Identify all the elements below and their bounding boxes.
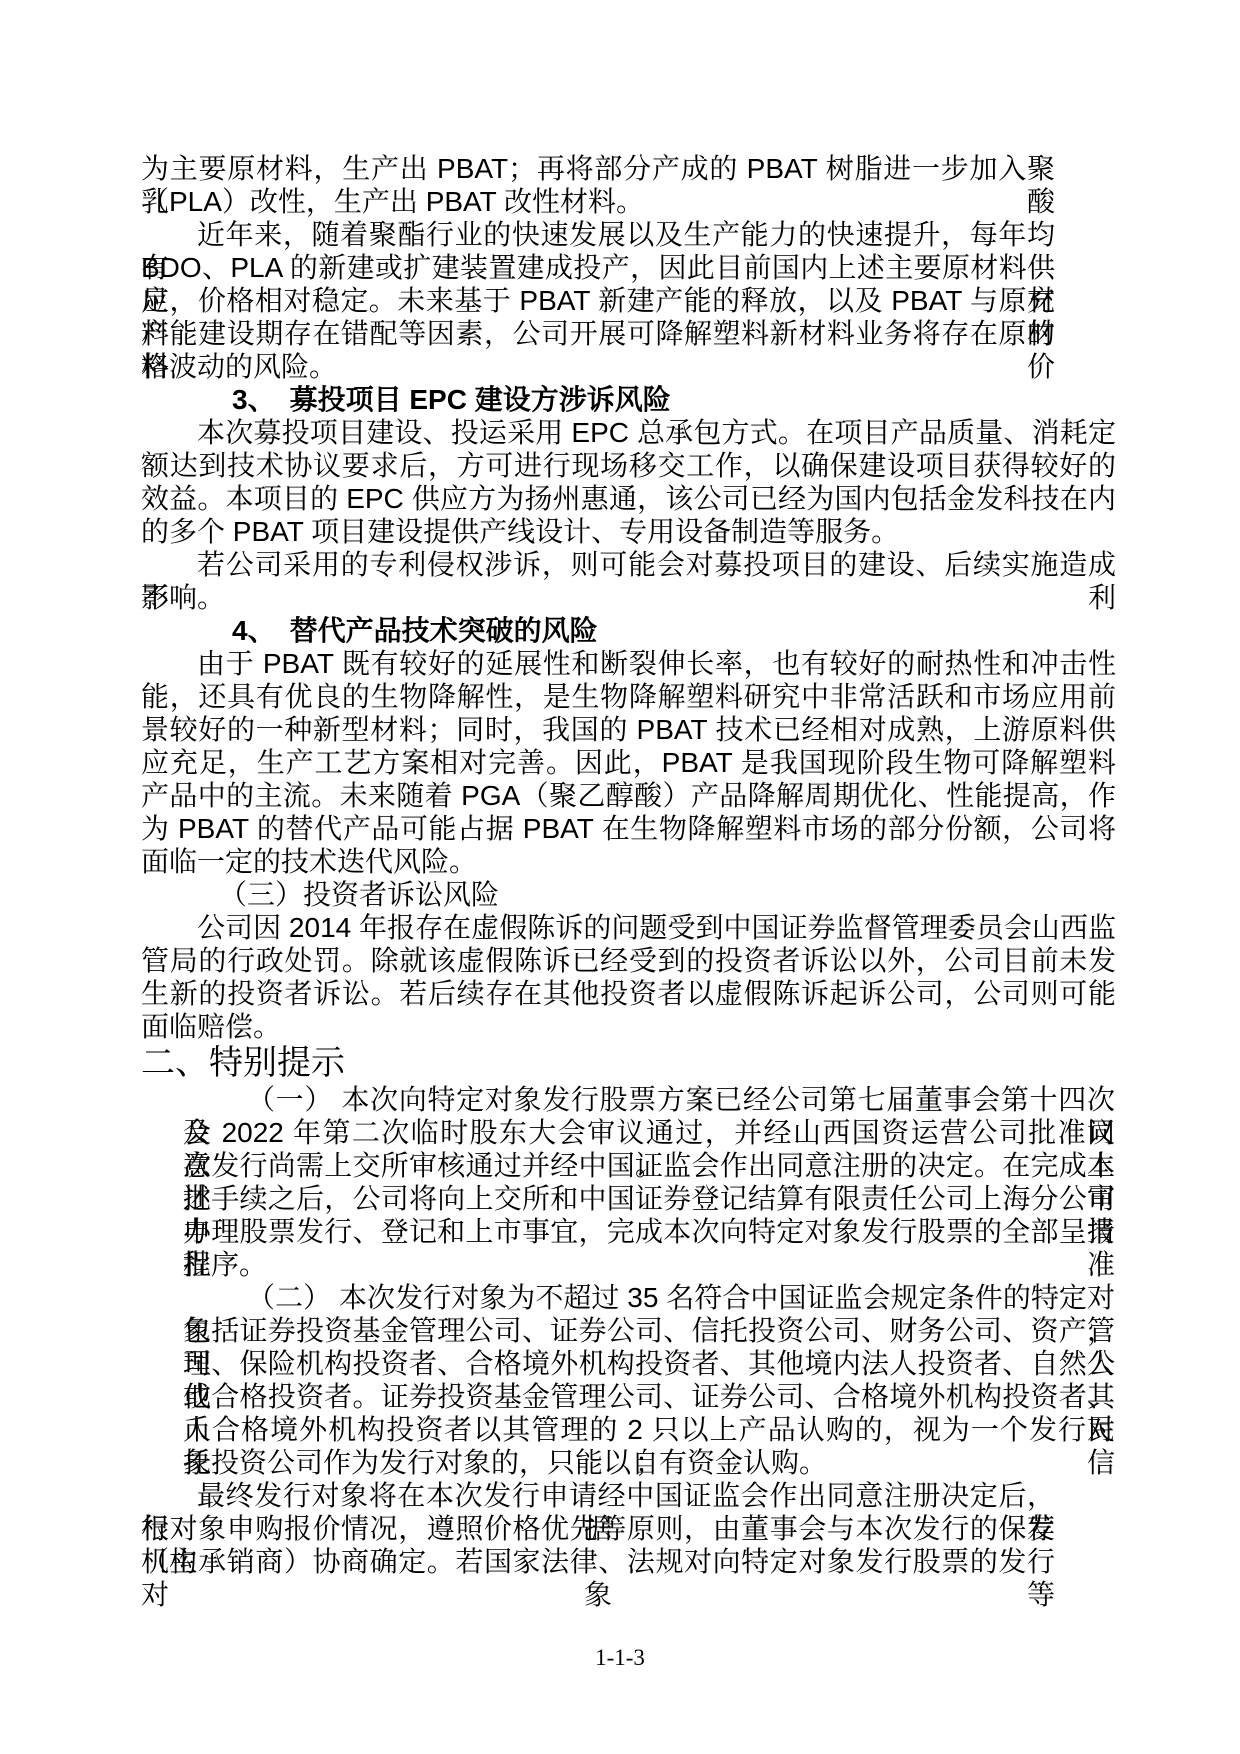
risk-heading: 4、 替代产品技术突破的风险	[141, 614, 1116, 647]
text-line: 额达到技术协议要求后，方可进行现场移交工作，以确保建设项目获得较好的	[141, 449, 1116, 482]
text-line: 包括证券投资基金管理公司、证券公司、信托投资公司、财务公司、资产管理公	[183, 1314, 1115, 1347]
text-line: BDO、PLA 的新建或扩建装置建成投产，因此目前国内上述主要原材料供应充	[141, 251, 1055, 284]
text-line: 为主要原材料，生产出 PBAT；再将部分产成的 PBAT 树脂进一步加入聚乳酸	[141, 152, 1055, 185]
text-line: 由于 PBAT 既有较好的延展性和断裂伸长率，也有较好的耐热性和冲击性	[141, 647, 1116, 680]
text-line: 近年来，随着聚酯行业的快速发展以及生产能力的快速提升，每年均有	[141, 218, 1055, 251]
text-line: 效益。本项目的 EPC 供应方为扬州惠通，该公司已经为国内包括金发科技在内	[141, 482, 1116, 515]
text-line: 本次募投项目建设、投运采用 EPC 总承包方式。在项目产品质量、消耗定	[141, 416, 1116, 449]
text-line: 他合格投资者。证券投资基金管理公司、证券公司、合格境外机构投资者、人民	[183, 1380, 1115, 1413]
text-line: 产能建设期存在错配等因素，公司开展可降解塑料新材料业务将存在原材料价	[141, 317, 1055, 350]
text-line: 办理股票发行、登记和上市事宜，完成本次向特定对象发行股票的全部呈报批准	[183, 1215, 1115, 1248]
document-page: 为主要原材料，生产出 PBAT；再将部分产成的 PBAT 树脂进一步加入聚乳酸（…	[0, 0, 1240, 1754]
text-line: 能，还具有优良的生物降解性，是生物降解塑料研究中非常活跃和市场应用前	[141, 680, 1116, 713]
text-line: 的多个 PBAT 项目建设提供产线设计、专用设备制造等服务。	[141, 515, 1116, 548]
text-line: （一） 本次向特定对象发行股票方案已经公司第七届董事会第十四次会议	[183, 1083, 1115, 1116]
sub-heading: （三）投资者诉讼风险	[141, 878, 1116, 911]
text-line: 最终发行对象将在本次发行申请经中国证监会作出同意注册决定后，根据发	[141, 1479, 1055, 1512]
text-line: 面临赔偿。	[141, 1010, 1116, 1043]
risk-heading: 3、 募投项目 EPC 建设方涉诉风险	[141, 383, 1116, 416]
text-line: 司、保险机构投资者、合格境外机构投资者、其他境内法人投资者、自然人或其	[183, 1347, 1115, 1380]
text-line: 及 2022 年第二次临时股东大会审议通过，并经山西国资运营公司批准同意。本	[183, 1116, 1115, 1149]
text-line: 面临一定的技术迭代风险。	[141, 845, 1116, 878]
text-line: 币合格境外机构投资者以其管理的 2 只以上产品认购的，视为一个发行对象；信	[183, 1413, 1115, 1446]
section-heading: 二、特别提示	[141, 1043, 1116, 1083]
text-line: 批手续之后，公司将向上交所和中国证券登记结算有限责任公司上海分公司申请	[183, 1182, 1115, 1215]
text-line: 公司因 2014 年报存在虚假陈诉的问题受到中国证券监督管理委员会山西监	[141, 911, 1116, 944]
text-line: 生新的投资者诉讼。若后续存在其他投资者以虚假陈诉起诉公司，公司则可能	[141, 977, 1116, 1010]
text-line: （二） 本次发行对象为不超过 35 名符合中国证监会规定条件的特定对象，	[183, 1281, 1115, 1314]
text-line: 管局的行政处罚。除就该虚假陈诉已经受到的投资者诉讼以外，公司目前未发	[141, 944, 1116, 977]
text-line: 景较好的一种新型材料；同时，我国的 PBAT 技术已经相对成熟，上游原料供	[141, 713, 1116, 746]
text-line: 产品中的主流。未来随着 PGA（聚乙醇酸）产品降解周期优化、性能提高，作	[141, 779, 1116, 812]
text-line: 为 PBAT 的替代产品可能占据 PBAT 在生物降解塑料市场的部分份额，公司将	[141, 812, 1116, 845]
page-number: 1-1-3	[0, 1645, 1240, 1671]
text-block: 为主要原材料，生产出 PBAT；再将部分产成的 PBAT 树脂进一步加入聚乳酸（…	[141, 152, 1121, 1578]
text-line: （主承销商）协商确定。若国家法律、法规对向特定对象发行股票的发行对象等	[141, 1545, 1055, 1578]
text-line: 应充足，生产工艺方案相对完善。因此，PBAT 是我国现阶段生物可降解塑料	[141, 746, 1116, 779]
text-line: 若公司采用的专利侵权涉诉，则可能会对募投项目的建设、后续实施造成不利	[141, 548, 1116, 581]
text-line: 次发行尚需上交所审核通过并经中国证监会作出同意注册的决定。在完成上述审	[183, 1149, 1115, 1182]
text-line: 行对象申购报价情况，遵照价格优先等原则，由董事会与本次发行的保荐机构	[141, 1512, 1055, 1545]
text-line: 足，价格相对稳定。未来基于 PBAT 新建产能的释放，以及 PBAT 与原材料的	[141, 284, 1055, 317]
